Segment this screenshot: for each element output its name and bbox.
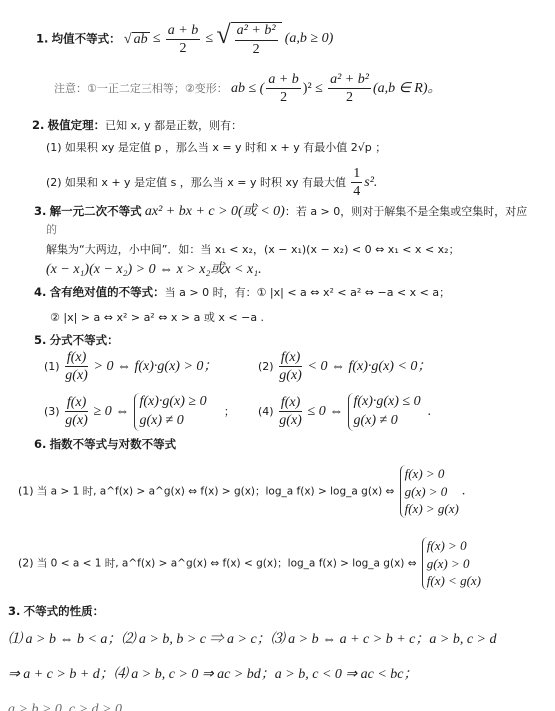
- section-5-heading: 5. 分式不等式：: [34, 333, 119, 347]
- section-3-line-3: (x − x₁)(x − x₂) > 0 ⇔ x > x₂或x < x₁.: [46, 262, 262, 277]
- section-4-heading: 4. 含有绝对值的不等式：当 a > 0 时，有：① |x| < a ⇔ x² …: [34, 285, 450, 299]
- section-5-item-1: (1) f(x)g(x) > 0 ⇔ f(x)·g(x) > 0；: [44, 350, 217, 384]
- system-brace: f(x) > 0g(x) > 0f(x) > g(x): [400, 465, 459, 518]
- system-brace: f(x)·g(x) ≤ 0g(x) ≠ 0: [348, 393, 420, 431]
- note-text: ①一正二定三相等；②变形：: [87, 82, 228, 95]
- note-label: 注意：: [54, 82, 87, 95]
- section-1-heading: 1. 均值不等式： √ab ≤ a + b2 ≤ √a² + b²2 (a,b …: [36, 22, 333, 57]
- section-2-item-1: (1) 如果积 xy 是定值 p ，那么当 x = y 时和 x + y 有最小…: [46, 140, 386, 153]
- section-5-item-2: (2) f(x)g(x) < 0 ⇔ f(x)·g(x) < 0；: [258, 350, 431, 384]
- system-brace: f(x) > 0g(x) > 0f(x) < g(x): [422, 537, 481, 590]
- mean-inequality-formula: √ab ≤ a + b2 ≤ √a² + b²2 (a,b ≥ 0): [124, 30, 333, 45]
- section-3-wrap: 的: [46, 224, 57, 235]
- section-1-note: 注意：①一正二定三相等；②变形： ab ≤ (a + b2)² ≤ a² + b…: [54, 72, 442, 106]
- section-6-item-1: (1) 当 a > 1 时, a^f(x) > a^g(x) ⇔ f(x) > …: [18, 465, 466, 518]
- section-5-item-4: (4) f(x)g(x) ≤ 0 ⇔ f(x)·g(x) ≤ 0g(x) ≠ 0…: [258, 393, 431, 431]
- section-3-heading: 3. 解一元二次不等式 ax² + bx + c > 0(或 < 0)：若 a …: [34, 204, 527, 219]
- section-number: 1.: [36, 31, 48, 45]
- fraction: a + b2: [166, 23, 200, 57]
- section-2-item-2: (2) 如果和 x + y 是定值 s ，那么当 x = y 时积 xy 有最大…: [46, 166, 377, 200]
- properties-line-3-partial: a > b > 0, c > d > 0: [8, 703, 122, 711]
- section-3-line-2: 解集为“大两边，小中间”．如：当 x₁ < x₂，(x − x₁)(x − x₂…: [46, 242, 460, 255]
- section-6-heading: 6. 指数不等式与对数不等式: [34, 437, 176, 451]
- sqrt-fraction: √a² + b²2: [216, 22, 281, 57]
- section-5-item-3: (3) f(x)g(x) ≥ 0 ⇔ f(x)·g(x) ≥ 0g(x) ≠ 0…: [44, 393, 235, 431]
- section-2-heading: 2. 极值定理：已知 x, y 都是正数，则有：: [32, 118, 242, 132]
- system-brace: f(x)·g(x) ≥ 0g(x) ≠ 0: [134, 393, 206, 431]
- section-title: 均值不等式：: [52, 31, 121, 45]
- section-4-line-2: ② |x| > a ⇔ x² > a² ⇔ x > a 或 x < −a .: [50, 310, 264, 323]
- section-6-item-2: (2) 当 0 < a < 1 时, a^f(x) > a^g(x) ⇔ f(x…: [18, 537, 481, 590]
- properties-line-1: ⑴ a > b ⇔ b < a；⑵ a > b, b > c ⇒ a > c；⑶…: [8, 633, 497, 647]
- properties-line-2: ⇒ a + c > b + d；⑷ a > b, c > 0 ⇒ ac > bd…: [8, 668, 418, 682]
- properties-heading: 3. 不等式的性质：: [8, 604, 104, 618]
- sqrt-ab: √ab: [124, 32, 150, 47]
